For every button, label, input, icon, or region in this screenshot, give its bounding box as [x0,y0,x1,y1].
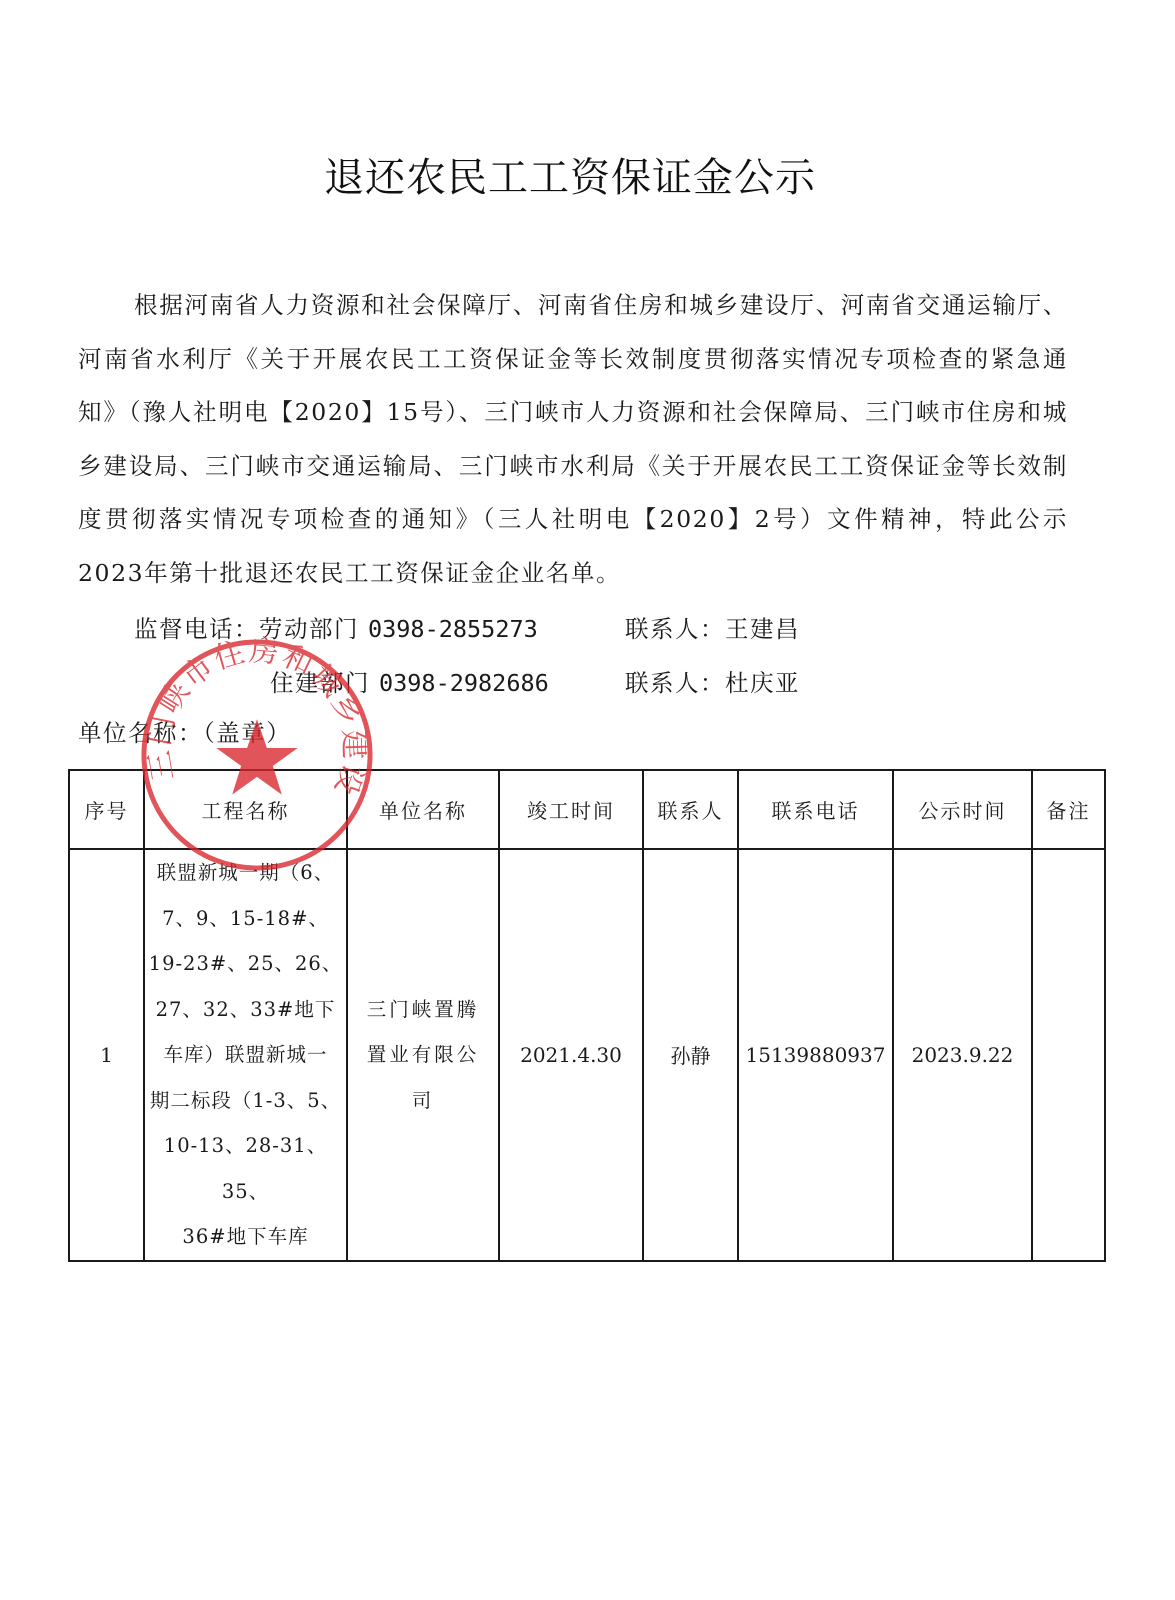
header-remarks: 备注 [1032,770,1105,849]
header-completion-date: 竣工时间 [499,770,643,849]
table-header-row: 序号 工程名称 单位名称 竣工时间 联系人 联系电话 公示时间 备注 [69,770,1105,849]
notice-page: 退还农民工工资保证金公示 根据河南省人力资源和社会保障厅、河南省住房和城乡建设厅… [0,0,1175,1600]
supervision-contact-housing: 联系人：杜庆亚 [625,664,800,698]
header-company-name: 单位名称 [347,770,499,849]
header-publish-date: 公示时间 [893,770,1032,849]
project-line: 车库）联盟新城一 [145,1032,346,1078]
cell-phone: 15139880937 [738,849,893,1261]
dept-name: 住建部门 [270,669,370,697]
contact-name: 杜庆亚 [725,669,800,697]
cell-contact: 孙静 [643,849,738,1261]
supervision-line-labor: 监督电话：劳动部门 0398-2855273 [134,610,538,644]
cell-company-name: 三门峡置腾 置业有限公 司 [347,849,499,1261]
header-contact: 联系人 [643,770,738,849]
project-line: 7、9、15-18#、 [145,896,346,942]
cell-index: 1 [69,849,144,1261]
dept-phone: 0398-2855273 [368,615,538,643]
cell-remarks [1032,849,1105,1261]
body-paragraph: 根据河南省人力资源和社会保障厅、河南省住房和城乡建设厅、河南省交通运输厅、河南省… [78,279,1068,600]
company-line: 置业有限公 [348,1032,498,1078]
contact-name: 王建昌 [725,615,800,643]
supervision-line-housing: 住建部门 0398-2982686 [270,664,549,698]
dept-phone: 0398-2982686 [379,669,549,697]
header-project-name: 工程名称 [144,770,347,849]
company-line: 司 [348,1078,498,1124]
company-line: 三门峡置腾 [348,987,498,1033]
supervision-label: 监督电话： [134,615,259,643]
dept-name: 劳动部门 [259,615,359,643]
table-row: 1 联盟新城一期（6、 7、9、15-18#、 19-23#、25、26、 27… [69,849,1105,1261]
project-line: 19-23#、25、26、 [145,941,346,987]
page-title: 退还农民工工资保证金公示 [0,146,1140,203]
project-line: 10-13、28-31、35、 [145,1123,346,1214]
cell-publish-date: 2023.9.22 [893,849,1032,1261]
project-line: 36#地下车库 [145,1214,346,1260]
unit-name-seal-label: 单位名称：（盖章） [78,714,291,748]
cell-project-name: 联盟新城一期（6、 7、9、15-18#、 19-23#、25、26、 27、3… [144,849,347,1261]
refund-roster-table: 序号 工程名称 单位名称 竣工时间 联系人 联系电话 公示时间 备注 1 联盟新… [68,769,1106,1262]
contact-label: 联系人： [625,615,725,643]
header-phone: 联系电话 [738,770,893,849]
cell-completion-date: 2021.4.30 [499,849,643,1261]
project-line: 期二标段（1-3、5、 [145,1078,346,1124]
project-line: 27、32、33#地下 [145,987,346,1033]
project-line: 联盟新城一期（6、 [145,850,346,896]
contact-label: 联系人： [625,669,725,697]
supervision-contact-labor: 联系人：王建昌 [625,610,800,644]
header-index: 序号 [69,770,144,849]
